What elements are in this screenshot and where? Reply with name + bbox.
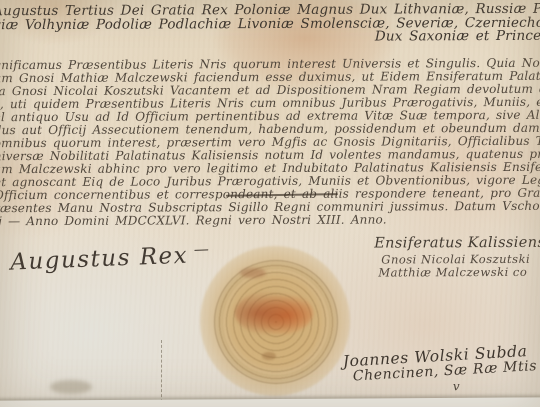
secretary-signature-mark: v <box>453 379 460 393</box>
document-photo: Augustus Tertius Dei Gratia Rex Poloniæ … <box>0 0 540 407</box>
seal-speck <box>240 268 266 278</box>
royal-signature: Augustus Rex— <box>10 240 211 276</box>
royal-signature-text: Augustus Rex <box>10 243 189 276</box>
fold-crease <box>161 340 162 402</box>
header-line: Dux Saxoniæ et Princeps <box>375 28 540 45</box>
stain-smudge <box>50 380 92 394</box>
body-line: ij — Anno Domini MDCCXLVI. Regni vero No… <box>0 212 387 228</box>
seal-red-blotch <box>235 290 313 336</box>
seal-speck <box>262 352 276 360</box>
docket-line: Ensiferatus Kalissiensis <box>374 235 540 252</box>
docket-line: Matthiæ Malczewski co <box>378 265 527 280</box>
signature-flourish: — <box>193 240 210 259</box>
